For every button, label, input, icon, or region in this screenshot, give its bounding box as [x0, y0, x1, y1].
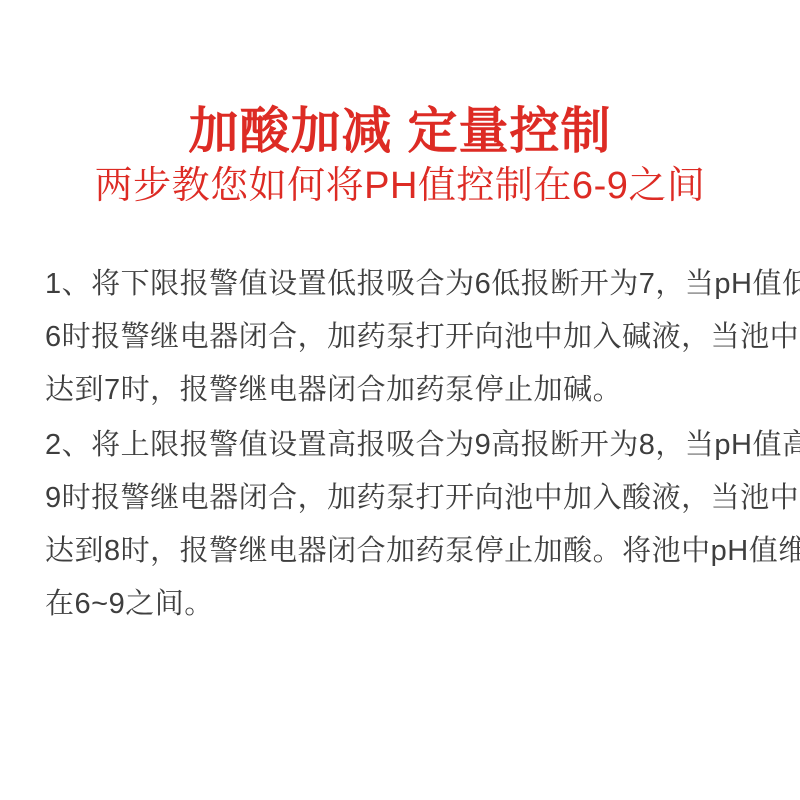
step-2-line-1: 2、将上限报警值设置高报吸合为9高报断开为8，当pH值高于	[45, 419, 760, 472]
step-1-line-2: 6时报警继电器闭合，加药泵打开向池中加入碱液，当池中pH	[45, 311, 760, 364]
step-2-line-4: 在6~9之间。	[45, 578, 760, 631]
step-1-line-3: 达到7时，报警继电器闭合加药泵停止加碱。	[45, 364, 760, 417]
step-1-line-1: 1、将下限报警值设置低报吸合为6低报断开为7，当pH值低于	[45, 258, 760, 311]
step-2-line-2: 9时报警继电器闭合，加药泵打开向池中加入酸液，当池中pH	[45, 472, 760, 525]
step-2-line-3: 达到8时，报警继电器闭合加药泵停止加酸。将池中pH值维持	[45, 525, 760, 578]
page-title: 加酸加减 定量控制	[0, 104, 800, 158]
product-info-poster: 加酸加减 定量控制 两步教您如何将PH值控制在6-9之间 1、将下限报警值设置低…	[0, 0, 800, 800]
page-subtitle: 两步教您如何将PH值控制在6-9之间	[0, 164, 800, 208]
instructions-text: 1、将下限报警值设置低报吸合为6低报断开为7，当pH值低于 6时报警继电器闭合，…	[45, 258, 760, 633]
step-2-paragraph: 2、将上限报警值设置高报吸合为9高报断开为8，当pH值高于 9时报警继电器闭合，…	[45, 419, 760, 631]
step-1-paragraph: 1、将下限报警值设置低报吸合为6低报断开为7，当pH值低于 6时报警继电器闭合，…	[45, 258, 760, 417]
poster-header: 加酸加减 定量控制 两步教您如何将PH值控制在6-9之间	[0, 104, 800, 208]
